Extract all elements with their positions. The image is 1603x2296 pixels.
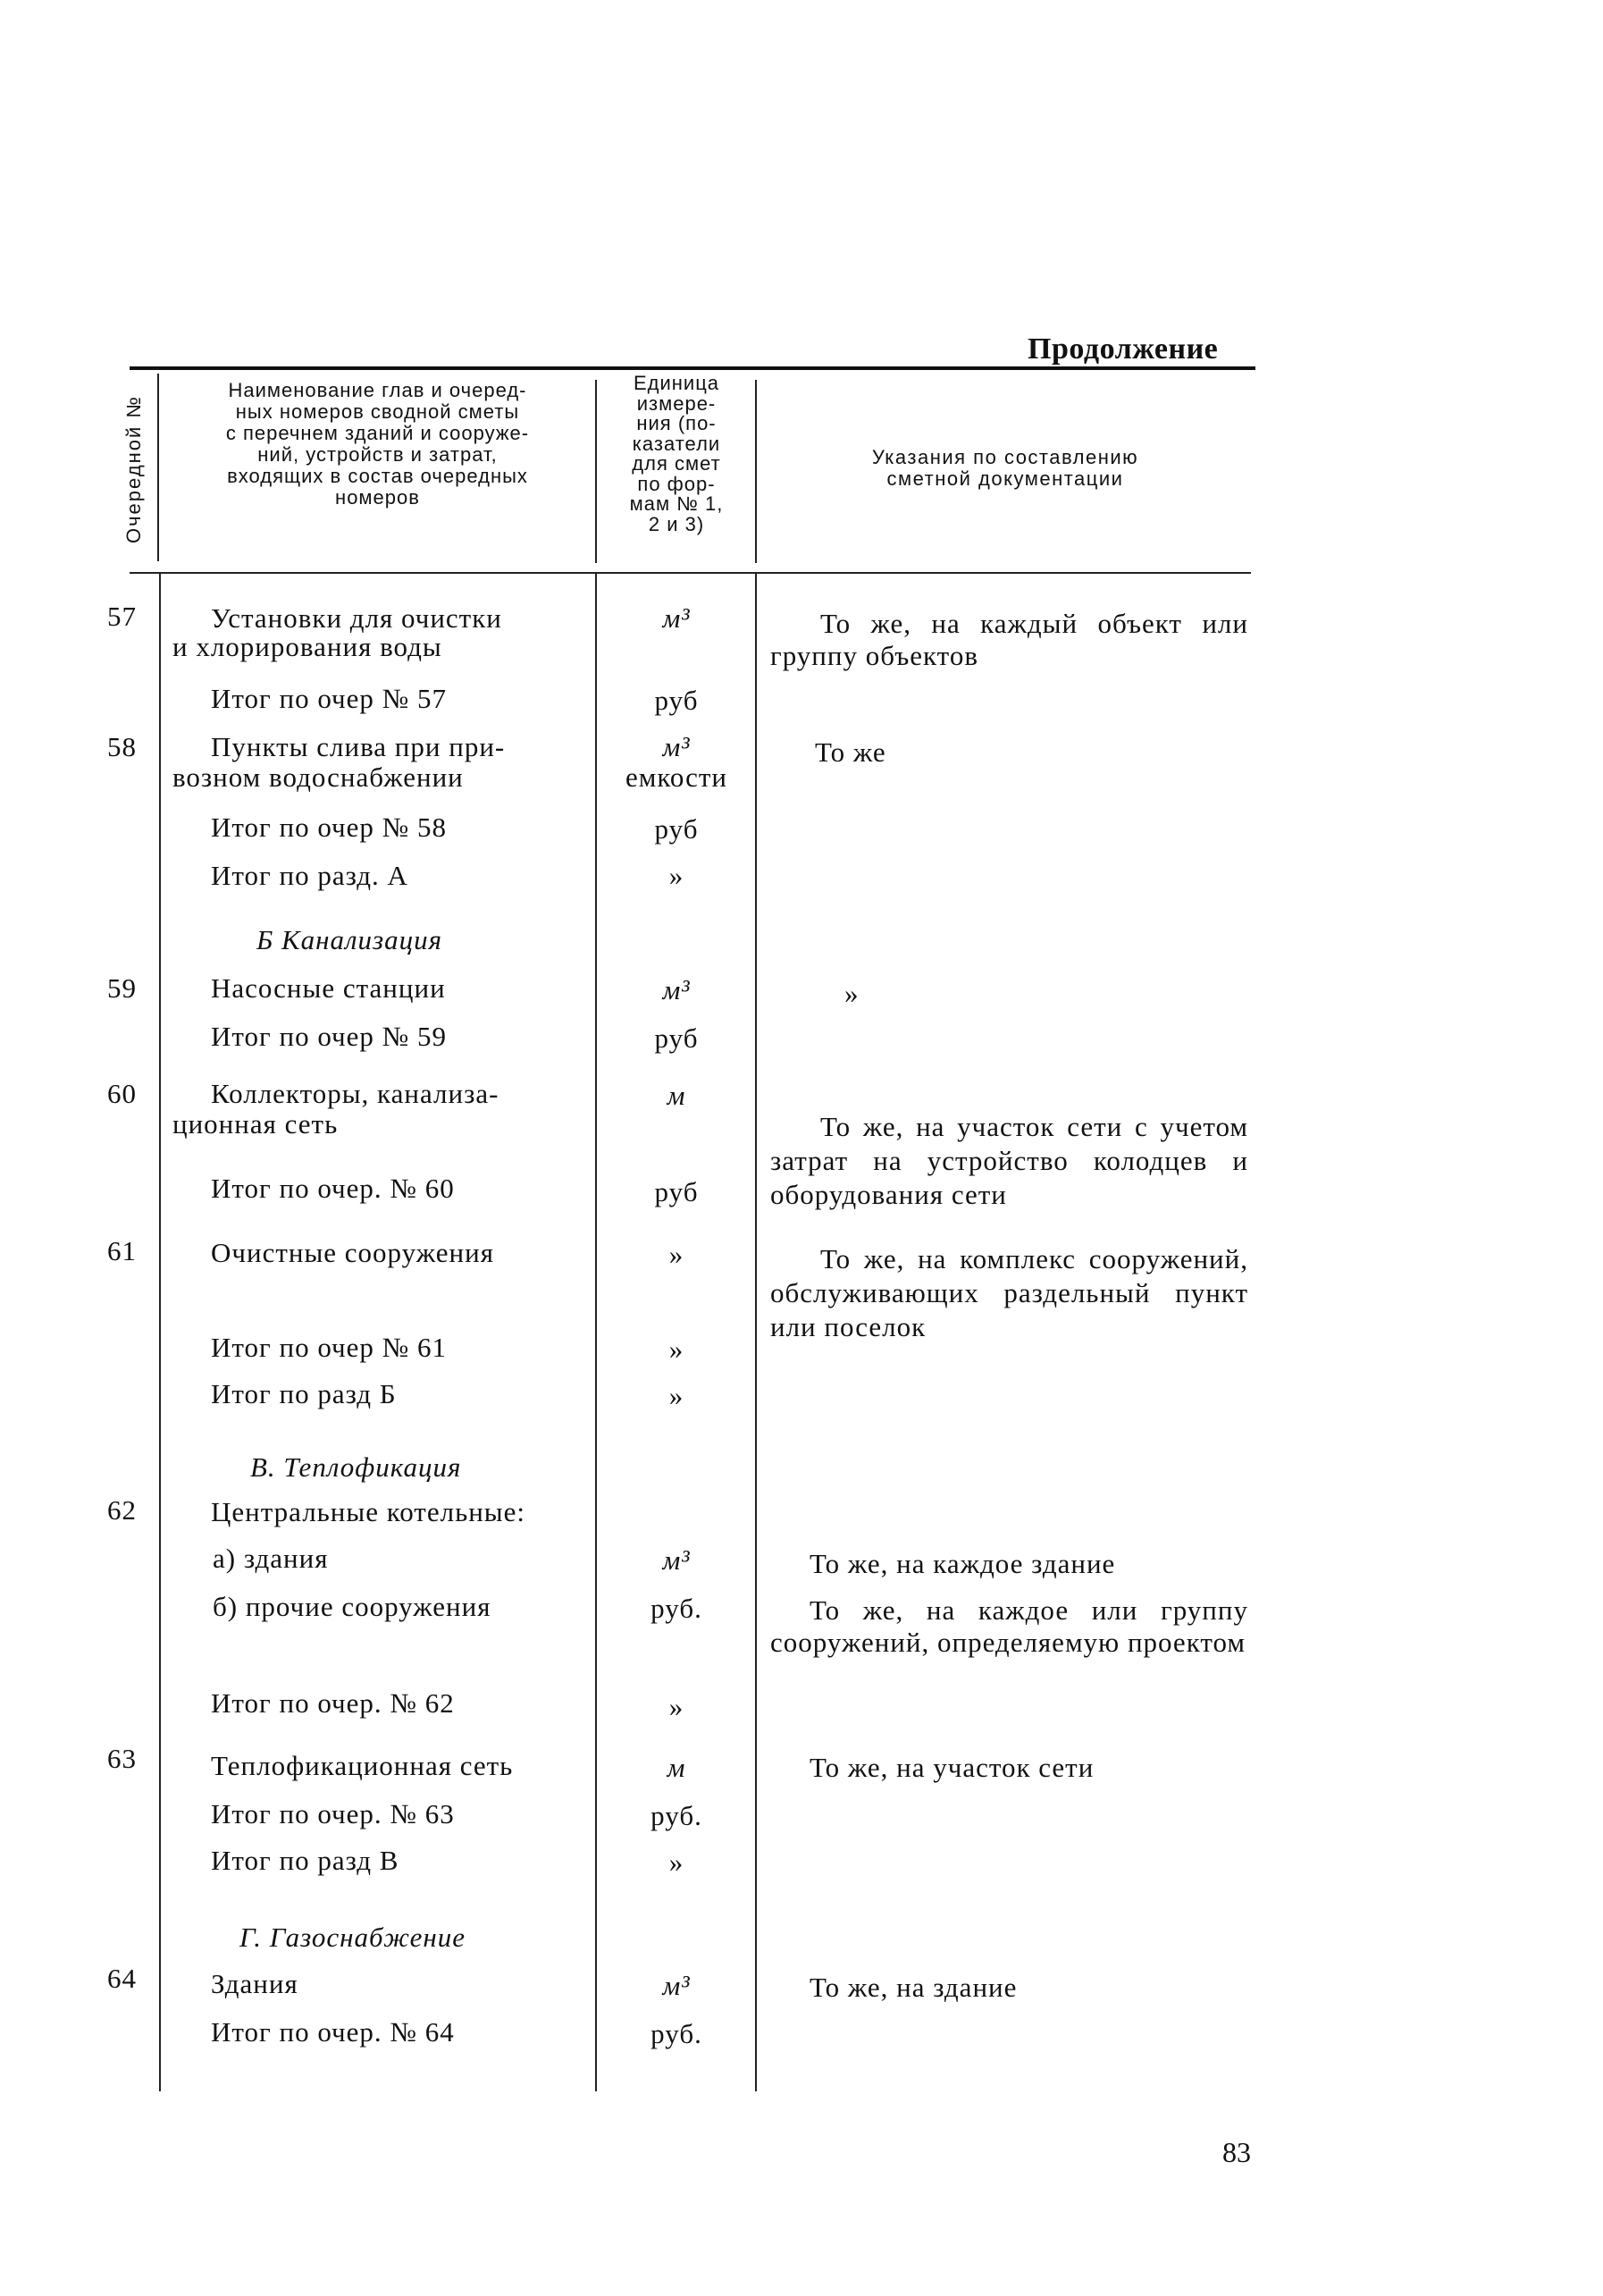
- row-instructions: То же, на участок сети: [810, 1752, 1288, 1784]
- row-total: Итог по очер № 61: [211, 1332, 447, 1364]
- row-unit: руб.: [600, 1593, 752, 1625]
- row-num: 58: [107, 731, 152, 763]
- row-name: Насосные станции: [211, 972, 446, 1005]
- row-section-total: Итог по разд В: [211, 1845, 399, 1877]
- row-subitem: б) прочие сооружения: [213, 1591, 491, 1623]
- header-name-line: с перечнем зданий и сооруже-: [165, 423, 590, 444]
- row-name: Коллекторы, канализа-: [211, 1078, 499, 1110]
- row-instructions: То же, на каждый объект или группу объек…: [770, 608, 1248, 672]
- row-name: Теплофикационная сеть: [211, 1750, 513, 1782]
- row-instructions: То же, на каждое здание: [810, 1548, 1288, 1580]
- row-total: Итог по очер № 57: [211, 683, 447, 715]
- row-instructions: »: [844, 978, 1322, 1010]
- row-unit: руб.: [600, 2018, 752, 2050]
- header-unit-line: по фор-: [600, 475, 752, 495]
- row-unit: »: [600, 1846, 752, 1879]
- row-name-cont: и хлорирования воды: [172, 631, 442, 663]
- row-unit-cont: емкости: [600, 761, 752, 794]
- row-unit: »: [600, 1333, 752, 1366]
- row-total: Итог по очер. № 63: [211, 1798, 455, 1830]
- row-unit: руб: [600, 685, 752, 717]
- row-subitem: а) здания: [213, 1543, 329, 1575]
- row-name: Пункты слива при при-: [211, 731, 505, 763]
- row-name: Очистные сооружения: [211, 1237, 494, 1269]
- row-num: 60: [107, 1078, 152, 1110]
- header-divider-2: [595, 380, 597, 563]
- row-name: Здания: [211, 1968, 298, 2000]
- header-name-line: номеров: [165, 487, 590, 509]
- row-num: 64: [107, 1963, 152, 1995]
- page-number: 83: [1222, 2136, 1251, 2169]
- row-total: Итог по очер № 58: [211, 812, 447, 844]
- row-unit: руб: [600, 1022, 752, 1055]
- row-instructions: То же, на комплекс сооружений, обслужива…: [770, 1242, 1248, 1344]
- row-total: Итог по очер № 59: [211, 1021, 447, 1053]
- row-section-total: Итог по разд. А: [211, 860, 408, 892]
- row-unit: руб.: [600, 1800, 752, 1832]
- row-unit: м³: [600, 974, 752, 1006]
- row-total: Итог по очер. № 64: [211, 2016, 455, 2048]
- table-top-rule: [130, 366, 1255, 370]
- header-num-label: Очередной №: [122, 395, 146, 543]
- body-divider-2: [595, 574, 597, 2091]
- header-unit-line: ния (по-: [600, 414, 752, 434]
- row-unit: »: [600, 1691, 752, 1723]
- row-instructions: То же, на участок сети с учетом затрат н…: [770, 1110, 1248, 1212]
- row-num: 57: [107, 601, 152, 633]
- row-unit: »: [600, 860, 752, 892]
- header-num-column: Очередной №: [114, 375, 154, 563]
- row-unit: »: [600, 1380, 752, 1412]
- row-name: Центральные котельные:: [211, 1496, 525, 1528]
- header-divider-1: [157, 374, 159, 561]
- row-unit: м: [600, 1080, 752, 1112]
- row-num: 62: [107, 1494, 152, 1526]
- header-name-column: Наименование глав и очеред- ных номеров …: [165, 380, 590, 509]
- row-num: 63: [107, 1743, 152, 1775]
- row-unit: м³: [600, 731, 752, 763]
- header-instr-line: сметной документации: [760, 468, 1251, 490]
- header-unit-line: измере-: [600, 394, 752, 415]
- row-section-total: Итог по разд Б: [211, 1378, 397, 1410]
- section-heading: В. Теплофикация: [250, 1451, 461, 1484]
- header-divider-3: [755, 380, 757, 563]
- row-unit: м: [600, 1752, 752, 1784]
- header-unit-line: 2 и 3): [600, 515, 752, 535]
- row-unit: руб: [600, 1176, 752, 1208]
- row-name: Установки для очистки: [211, 602, 502, 635]
- body-divider-1: [159, 574, 161, 2091]
- row-unit: »: [600, 1239, 752, 1271]
- row-unit: м³: [600, 1544, 752, 1577]
- row-instructions: То же, на здание: [810, 1972, 1288, 2004]
- row-num: 59: [107, 972, 152, 1005]
- header-unit-line: казатели: [600, 434, 752, 455]
- header-name-line: Наименование глав и очеред-: [165, 380, 590, 401]
- header-name-line: ний, устройств и затрат,: [165, 444, 590, 466]
- header-instructions-column: Указания по составлению сметной документ…: [760, 447, 1251, 490]
- header-unit-line: Единица: [600, 374, 752, 394]
- section-heading: Б Канализация: [256, 924, 442, 956]
- header-name-line: входящих в состав очередных: [165, 466, 590, 487]
- header-name-line: ных номеров сводной сметы: [165, 401, 590, 423]
- row-instructions: То же, на каждое или группу сооружений, …: [770, 1594, 1248, 1659]
- row-instructions: То же: [815, 736, 1293, 769]
- row-unit: м³: [600, 1970, 752, 2002]
- row-name-cont: возном водоснабжении: [172, 761, 464, 794]
- row-total: Итог по очер. № 62: [211, 1687, 455, 1720]
- body-divider-3: [755, 574, 757, 2091]
- continuation-label: Продолжение: [1028, 332, 1218, 366]
- header-bottom-rule: [130, 572, 1251, 574]
- row-num: 61: [107, 1235, 152, 1267]
- section-heading: Г. Газоснабжение: [239, 1922, 466, 1954]
- row-unit: м³: [600, 602, 752, 635]
- header-unit-line: мам № 1,: [600, 494, 752, 515]
- row-unit: руб: [600, 813, 752, 845]
- row-total: Итог по очер. № 60: [211, 1173, 455, 1205]
- header-unit-line: для смет: [600, 454, 752, 475]
- row-name-cont: ционная сеть: [172, 1108, 338, 1140]
- header-unit-column: Единица измере- ния (по- казатели для см…: [600, 374, 752, 534]
- header-instr-line: Указания по составлению: [760, 447, 1251, 468]
